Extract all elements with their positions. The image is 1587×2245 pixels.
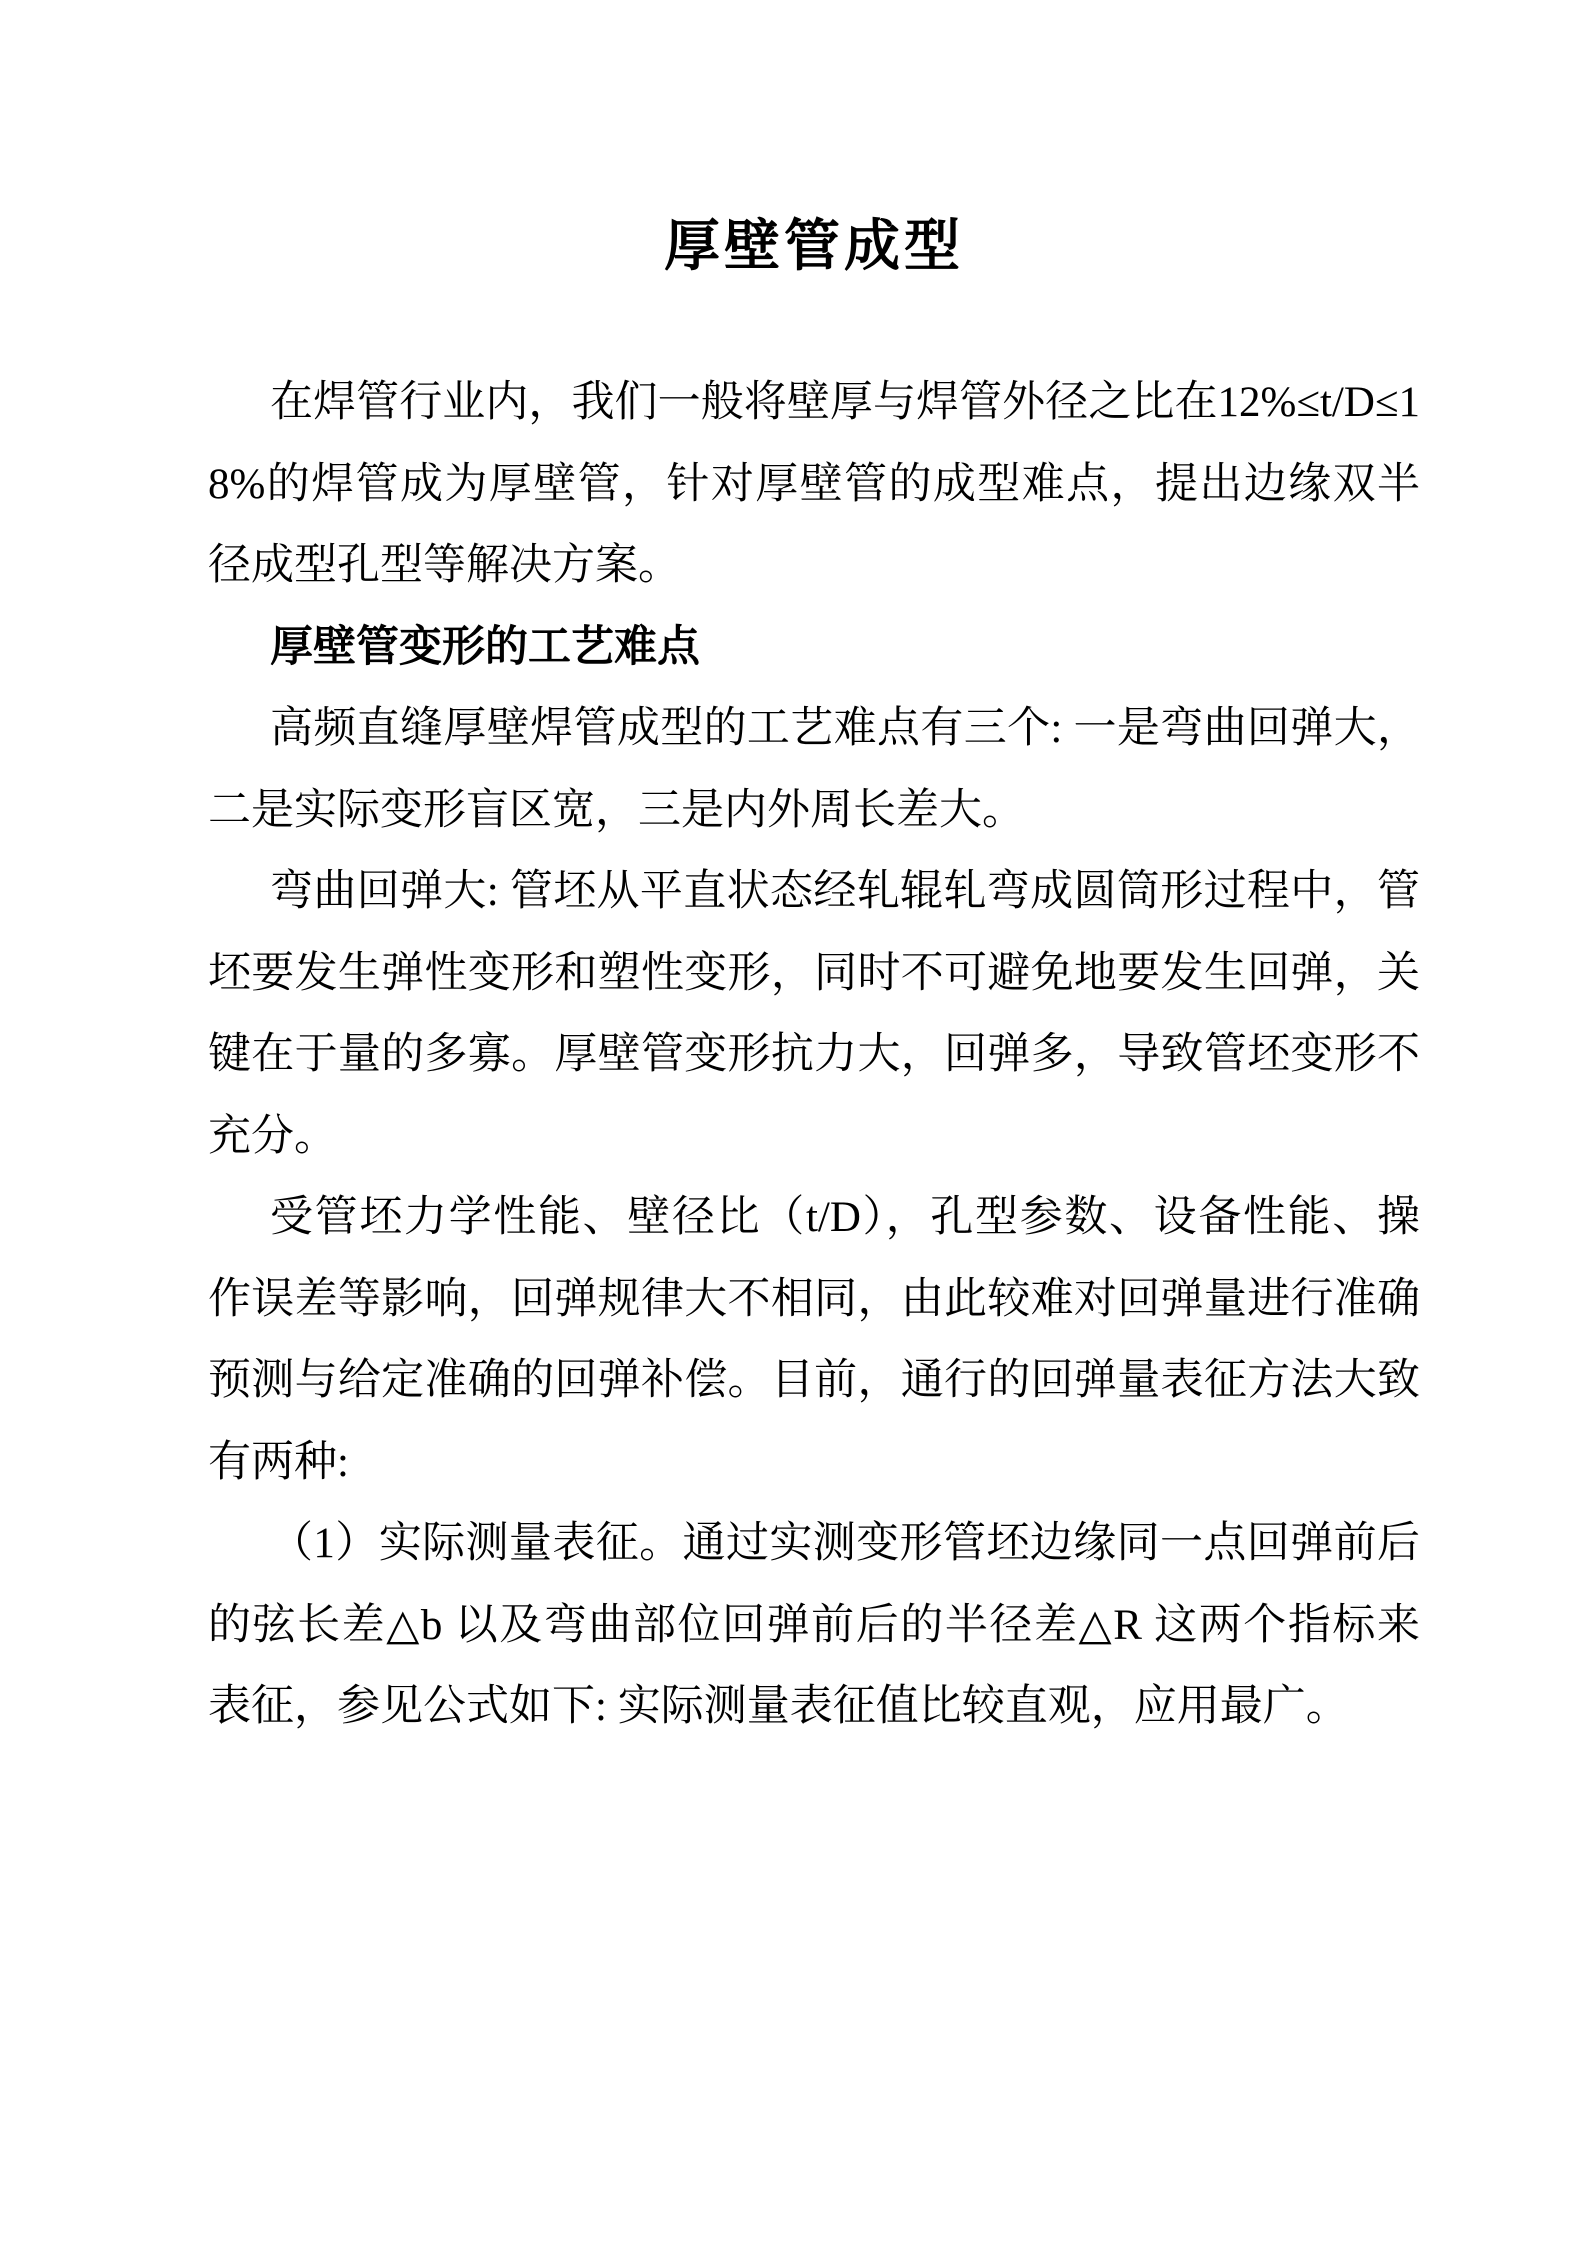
- section-heading-process-difficulties: 厚壁管变形的工艺难点: [208, 607, 1420, 689]
- page-title: 厚壁管成型: [208, 205, 1420, 290]
- paragraph-three-difficulties: 高频直缝厚壁焊管成型的工艺难点有三个: 一是弯曲回弹大，二是实际变形盲区宽，三是…: [208, 688, 1420, 851]
- paragraph-intro: 在焊管行业内，我们一般将壁厚与焊管外径之比在12%≤t/D≤18%的焊管成为厚壁…: [208, 362, 1420, 607]
- paragraph-springback-factors: 受管坯力学性能、壁径比（t/D），孔型参数、设备性能、操作误差等影响，回弹规律大…: [208, 1177, 1420, 1503]
- document-page: 厚壁管成型 在焊管行业内，我们一般将壁厚与焊管外径之比在12%≤t/D≤18%的…: [0, 0, 1587, 2245]
- paragraph-measurement-method: （1）实际测量表征。通过实测变形管坯边缘同一点回弹前后的弦长差△b 以及弯曲部位…: [208, 1503, 1420, 1748]
- paragraph-springback: 弯曲回弹大: 管坯从平直状态经轧辊轧弯成圆筒形过程中，管坯要发生弹性变形和塑性变…: [208, 851, 1420, 1177]
